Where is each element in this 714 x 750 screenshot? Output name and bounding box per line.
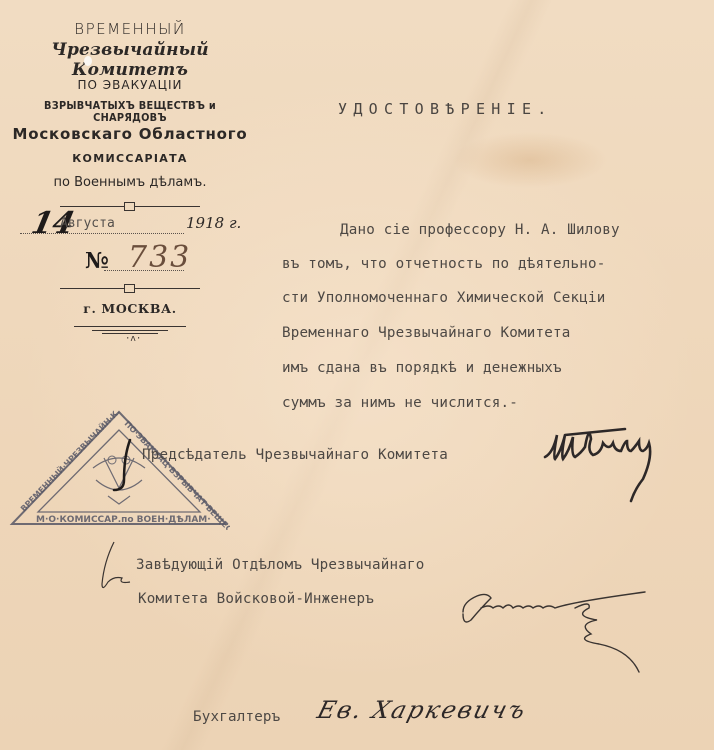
divider-rule — [92, 330, 168, 331]
date-dotted-line — [20, 233, 184, 234]
letterhead-committee-name: Чрезвычайный Комитетъ — [0, 40, 260, 80]
letterhead-line-3: ПО ЭВАКУАЦІИ — [0, 78, 260, 92]
body-line-5: имъ сдана въ порядкѣ и денежныхъ — [282, 360, 562, 376]
chairman-title: Предсѣдатель Чрезвычайнаго Комитета — [142, 447, 448, 463]
ornament-box — [124, 202, 135, 211]
department-head-title-2: Комитета Войсковой-Инженеръ — [138, 591, 374, 607]
city: г. МОСКВА. — [0, 301, 260, 316]
svg-text:М·О·КОМИССАР.по ВОЕН·ДѢЛАМ·: М·О·КОМИССАР.по ВОЕН·ДѢЛАМ· — [36, 515, 211, 525]
date-month: Августа — [60, 216, 115, 231]
letterhead-line-5: Московскаго Областного — [0, 125, 260, 143]
chairman-signature — [535, 425, 705, 510]
date-year: 1918 г. — [186, 214, 241, 232]
document-title: УДОСТОВѢРЕНІЕ. — [338, 100, 553, 118]
document-number: 733 — [128, 240, 191, 275]
body-line-3: сти Уполномоченнаго Химической Секціи — [282, 290, 605, 306]
divider-ornament: ·ʌ· — [125, 334, 141, 344]
accountant-title: Бухгалтеръ — [193, 709, 280, 725]
paper-hole — [84, 56, 92, 66]
letterhead-line-1: ВРЕМЕННЫЙ — [0, 20, 260, 38]
body-line-6: суммъ за нимъ не числится.- — [282, 395, 518, 411]
divider-rule — [74, 326, 186, 327]
department-head-title-1: Завѣдующій Отдѣломъ Чрезвычайнаго — [136, 557, 424, 573]
paraph-mark — [110, 438, 140, 498]
accountant-signature: Ев. Харкевичъ — [314, 696, 530, 724]
paraph-mark — [96, 540, 136, 595]
body-line-1: Дано сіе профессору Н. А. Шилову — [340, 222, 620, 238]
letterhead-line-6: КОМИССАРІАТА — [0, 152, 260, 165]
body-line-4: Временнаго Чрезвычайнаго Комитета — [282, 325, 570, 341]
letterhead-line-4: ВЗРЫВЧАТЫХЪ ВЕЩЕСТВЪ и СНАРЯДОВЪ — [9, 100, 251, 124]
ornament-box — [124, 284, 135, 293]
body-line-2: въ томъ, что отчетность по дѣятельно- — [282, 256, 605, 272]
department-head-signature — [455, 578, 685, 678]
letterhead-line-7: по Военнымъ дѣламъ. — [0, 175, 260, 190]
